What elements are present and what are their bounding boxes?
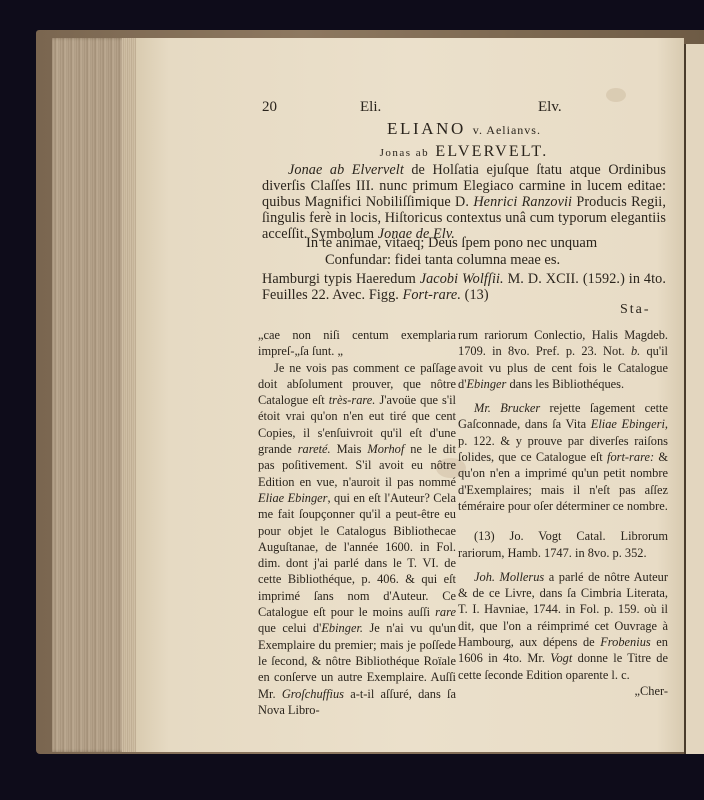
mollerus-paragraph: Joh. Mollerus a parlé de nôtre Auteur & …: [458, 569, 668, 683]
rarity-note: Fort-rare.: [403, 287, 461, 303]
heading-name: ELVERVELT.: [435, 143, 548, 160]
verse-line-1: In te animae, vitaeq; Deus ſpem pono nec…: [306, 235, 704, 252]
footnote-ref: (13): [461, 287, 489, 303]
right-column: rum rariorum Conlectio, Halis Magdeb. 17…: [458, 327, 668, 699]
next-page-edge: [684, 44, 704, 754]
running-head-left: Eli.: [360, 99, 381, 116]
brucker-paragraph: Mr. Brucker rejette ſagement cette Gaſco…: [458, 400, 668, 514]
bibliographic-title: Jonae ab Elvervelt de Holſatia ejuſque ſ…: [262, 162, 666, 242]
heading-main: ELIANO: [387, 119, 466, 138]
catchword-bottom: „Cher-: [458, 683, 668, 699]
imprint-text: Hamburgi typis Haeredum: [262, 271, 420, 287]
quote-continuation: „cae non niſi centum exemplaria impreſ-„…: [258, 327, 456, 360]
catchword-top: Sta-: [620, 302, 651, 318]
left-column: „cae non niſi centum exemplaria impreſ-„…: [258, 327, 456, 718]
imprint: Hamburgi typis Haeredum Jacobi Wolfſii. …: [262, 271, 666, 303]
heading-prefix: Jonas ab: [380, 147, 430, 159]
entry-heading-eliano: ELIANO v. Aelianvs.: [262, 119, 666, 139]
running-head: 20 Eli. Elv.: [262, 99, 666, 117]
entry-heading-elvervelt: Jonas ab ELVERVELT.: [262, 143, 666, 161]
author-name: Jonae ab Elvervelt: [288, 162, 404, 178]
patron-name: Henrici Ranzovii: [473, 194, 572, 210]
running-head-right: Elv.: [538, 99, 562, 116]
footnote-13: (13) Jo. Vogt Catal. Librorum rariorum, …: [458, 528, 668, 561]
verse-line-2: Confundar: fidei tanta columna meae es.: [325, 252, 704, 269]
heading-crossref: v. Aelianvs.: [473, 123, 541, 137]
commentary-continuation: rum rariorum Conlectio, Halis Magdeb. 17…: [458, 327, 668, 392]
commentary-paragraph: Je ne vois pas comment ce paſſage doit a…: [258, 360, 456, 719]
printer-name: Jacobi Wolfſii.: [420, 271, 504, 287]
page-number: 20: [262, 99, 277, 116]
page-edges-stack: [52, 38, 136, 752]
